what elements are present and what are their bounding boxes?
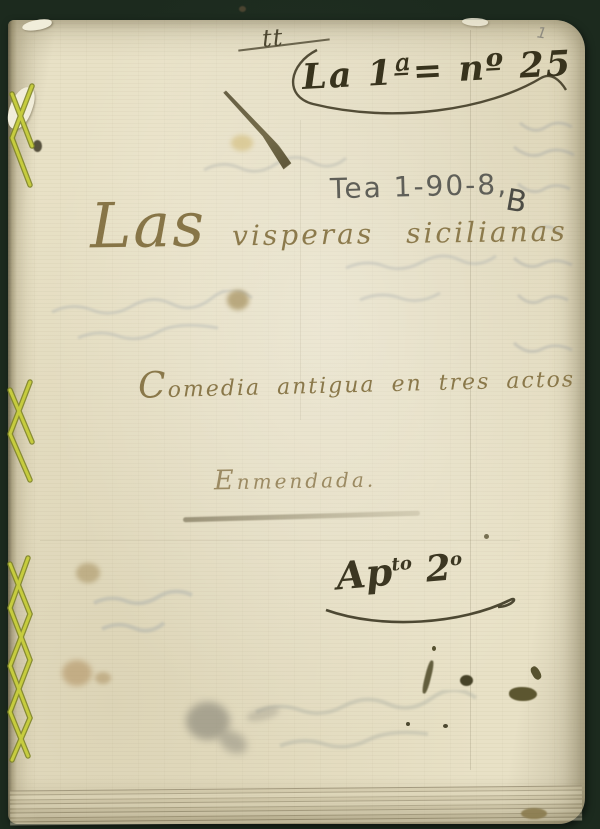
manuscript-scan: tt La 1ª= nº 25 1 Tea 1-90-8, B Las visp… (0, 0, 600, 829)
binding-stitches-icon (0, 0, 52, 829)
ink-fleck (484, 534, 489, 539)
title-rest: visperas sicilianas (232, 215, 568, 253)
approval-superscript: to (391, 553, 413, 576)
stain (95, 672, 111, 684)
showthrough-script (200, 150, 350, 190)
horizontal-crease (40, 540, 520, 541)
stain (227, 290, 249, 310)
approval-ap: Ap (334, 549, 394, 599)
approval-flourish (322, 592, 522, 634)
stain (62, 660, 92, 686)
stain (239, 6, 246, 12)
page-edges (10, 786, 582, 826)
title-first-word: Las (90, 194, 207, 258)
stain (231, 135, 253, 151)
ink-blot (509, 687, 537, 701)
ink-fleck (406, 722, 410, 726)
approval-ordinal: o (449, 549, 463, 571)
ink-blot (521, 808, 547, 819)
ink-fleck (432, 646, 436, 651)
stain (76, 563, 100, 583)
vertical-crease (470, 30, 471, 770)
showthrough-script (340, 250, 520, 320)
ink-blot (460, 675, 473, 686)
header-flourish (283, 44, 569, 126)
manuscript-title: Las visperas sicilianas (90, 189, 568, 258)
showthrough-script (250, 690, 510, 770)
showthrough-script (88, 585, 198, 645)
ink-fleck (443, 724, 448, 728)
approval-number: 2 (424, 547, 453, 591)
emendation-note: Enmendada. (214, 463, 377, 497)
